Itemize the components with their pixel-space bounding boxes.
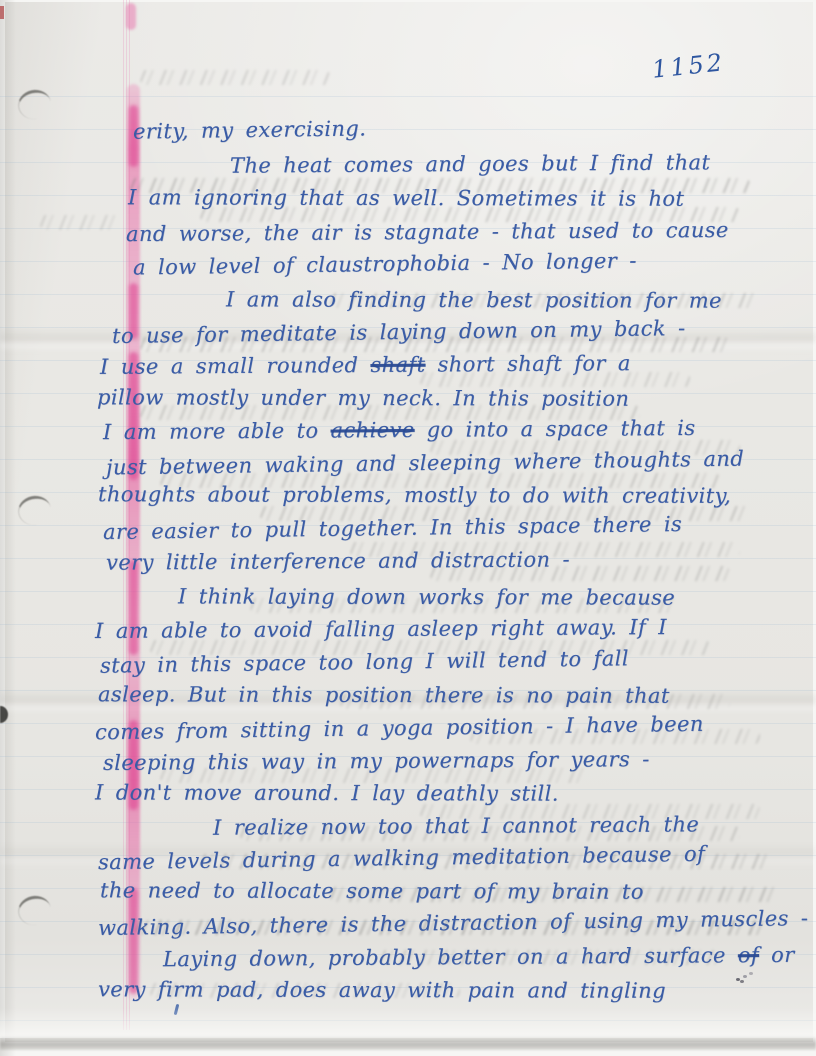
handwriting-line: asleep. But in this position there is no…: [98, 682, 670, 707]
handwriting-line: very firm pad, does away with pain and t…: [98, 977, 666, 1002]
handwriting-line: I think laying down works for me because: [178, 584, 675, 609]
handwriting-line: and worse, the air is stagnate - that us…: [126, 218, 729, 246]
handwriting-line: I am also finding the best position for …: [226, 287, 722, 312]
bottom-edge-shadow: [0, 1036, 816, 1050]
handwriting-line: erity, my exercising.: [133, 116, 367, 143]
stray-pencil-mark: [736, 978, 740, 981]
handwriting-line: I use a small rounded shaft short shaft …: [100, 351, 631, 379]
bleed-through-smudge: [40, 215, 120, 230]
handwriting-line: I realize now too that I cannot reach th…: [213, 812, 699, 839]
handwriting-line: very little interference and distraction…: [106, 547, 570, 574]
bottom-fade: [0, 1008, 816, 1038]
bleed-through-smudge: [140, 70, 330, 85]
margin-line-stub: [126, 3, 136, 30]
handwriting-line: I am more able to achieve go into a spac…: [103, 416, 696, 444]
handwriting-line: thoughts about problems, mostly to do wi…: [98, 482, 731, 508]
corner-red-mark: [0, 6, 4, 19]
handwriting-line: I don't move around. I lay deathly still…: [95, 780, 559, 805]
handwriting-line: The heat comes and goes but I find that: [230, 150, 710, 177]
handwriting-line: I am able to avoid falling asleep right …: [95, 615, 667, 643]
handwriting-line: pillow mostly under my neck. In this pos…: [97, 385, 629, 410]
handwriting-line: I am ignoring that as well. Sometimes it…: [128, 185, 684, 210]
handwriting-line: sleeping this way in my powernaps for ye…: [103, 747, 650, 775]
handwriting-line: Laying down, probably better on a hard s…: [163, 943, 795, 971]
scanned-letter-page: 1152 erity, my exercising.The heat comes…: [0, 0, 816, 1056]
handwriting-line: the need to allocate some part of my bra…: [100, 878, 644, 903]
